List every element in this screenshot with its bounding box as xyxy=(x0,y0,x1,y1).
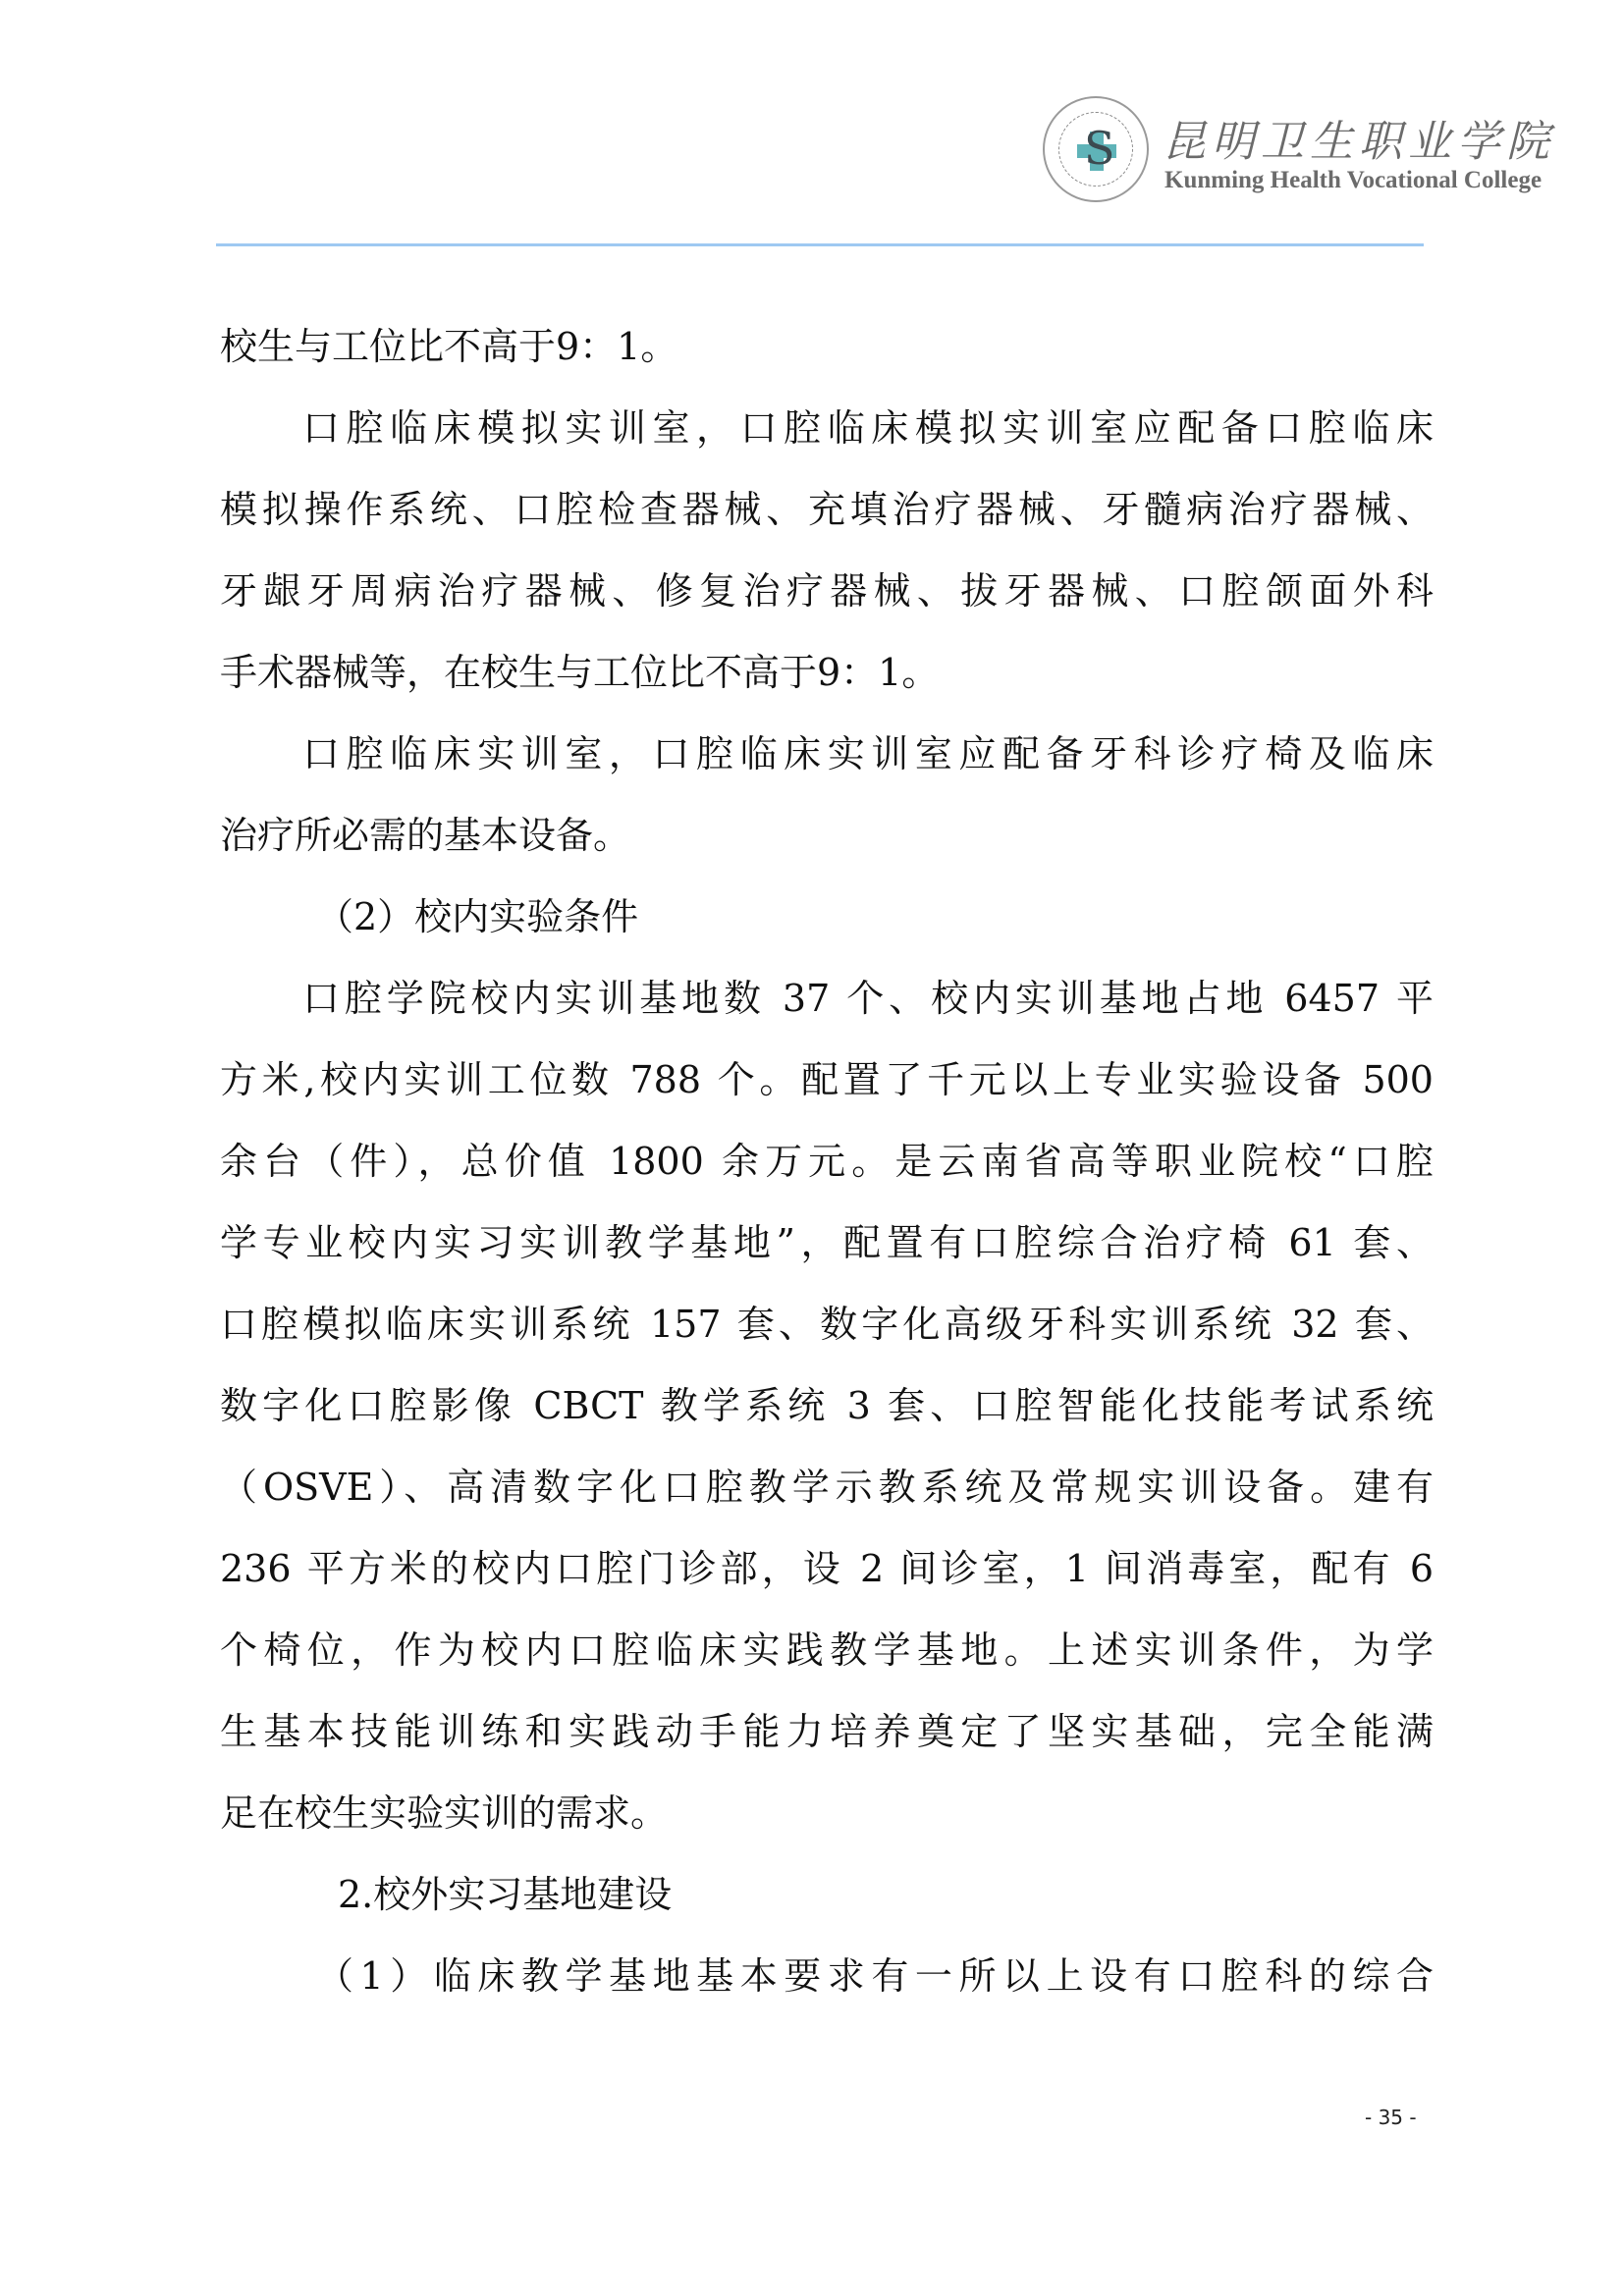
text-line: 数字化口腔影像 CBCT 教学系统 3 套、口腔智能化技能考试系统 xyxy=(220,1365,1434,1447)
text-line: 治疗所必需的基本设备。 xyxy=(220,795,1434,877)
section-heading: 2.校外实习基地建设 xyxy=(220,1854,1434,1936)
logo-english-name: Kunming Health Vocational College xyxy=(1164,167,1542,194)
header-divider xyxy=(216,243,1424,246)
page-number: - 35 - xyxy=(1365,2106,1417,2129)
college-logo: S 昆明卫生职业学院 Kunming Health Vocational Col… xyxy=(1043,96,1475,204)
text-line: （OSVE）、高清数字化口腔教学示教系统及常规实训设备。建有 xyxy=(220,1447,1434,1528)
text-line: 口腔模拟临床实训系统 157 套、数字化高级牙科实训系统 32 套、 xyxy=(220,1284,1434,1365)
text-line: 生基本技能训练和实践动手能力培养奠定了坚实基础，完全能满 xyxy=(220,1691,1434,1773)
document-body: 校生与工位比不高于9：1。 口腔临床模拟实训室，口腔临床模拟实训室应配备口腔临床… xyxy=(220,306,1434,2017)
text-line: 足在校生实验实训的需求。 xyxy=(220,1773,1434,1854)
text-line: 个椅位，作为校内口腔临床实践教学基地。上述实训条件，为学 xyxy=(220,1610,1434,1691)
logo-chinese-name: 昆明卫生职业学院 xyxy=(1163,106,1555,169)
text-line: 236 平方米的校内口腔门诊部，设 2 间诊室，1 间消毒室，配有 6 xyxy=(220,1528,1434,1610)
college-emblem-icon: S xyxy=(1043,96,1149,202)
text-line: 校生与工位比不高于9：1。 xyxy=(220,306,1434,388)
text-line: 牙龈牙周病治疗器械、修复治疗器械、拔牙器械、口腔颌面外科 xyxy=(220,551,1434,632)
text-line: 模拟操作系统、口腔检查器械、充填治疗器械、牙髓病治疗器械、 xyxy=(220,469,1434,551)
document-page: S 昆明卫生职业学院 Kunming Health Vocational Col… xyxy=(0,0,1624,2296)
text-line: 余台（件），总价值 1800 余万元。是云南省高等职业院校“口腔 xyxy=(220,1121,1434,1202)
text-line: 方米,校内实训工位数 788 个。配置了千元以上专业实验设备 500 xyxy=(220,1040,1434,1121)
paragraph-start: （1）临床教学基地基本要求有一所以上设有口腔科的综合 xyxy=(220,1936,1434,2017)
text-line: 学专业校内实习实训教学基地”，配置有口腔综合治疗椅 61 套、 xyxy=(220,1202,1434,1284)
paragraph-start: 口腔临床模拟实训室，口腔临床模拟实训室应配备口腔临床 xyxy=(220,388,1434,469)
paragraph-start: 口腔临床实训室，口腔临床实训室应配备牙科诊疗椅及临床 xyxy=(220,714,1434,795)
section-heading: （2）校内实验条件 xyxy=(220,877,1434,958)
text-line: 手术器械等，在校生与工位比不高于9：1。 xyxy=(220,632,1434,714)
emblem-serpent-icon: S xyxy=(1084,126,1115,171)
paragraph-start: 口腔学院校内实训基地数 37 个、校内实训基地占地 6457 平 xyxy=(220,958,1434,1040)
